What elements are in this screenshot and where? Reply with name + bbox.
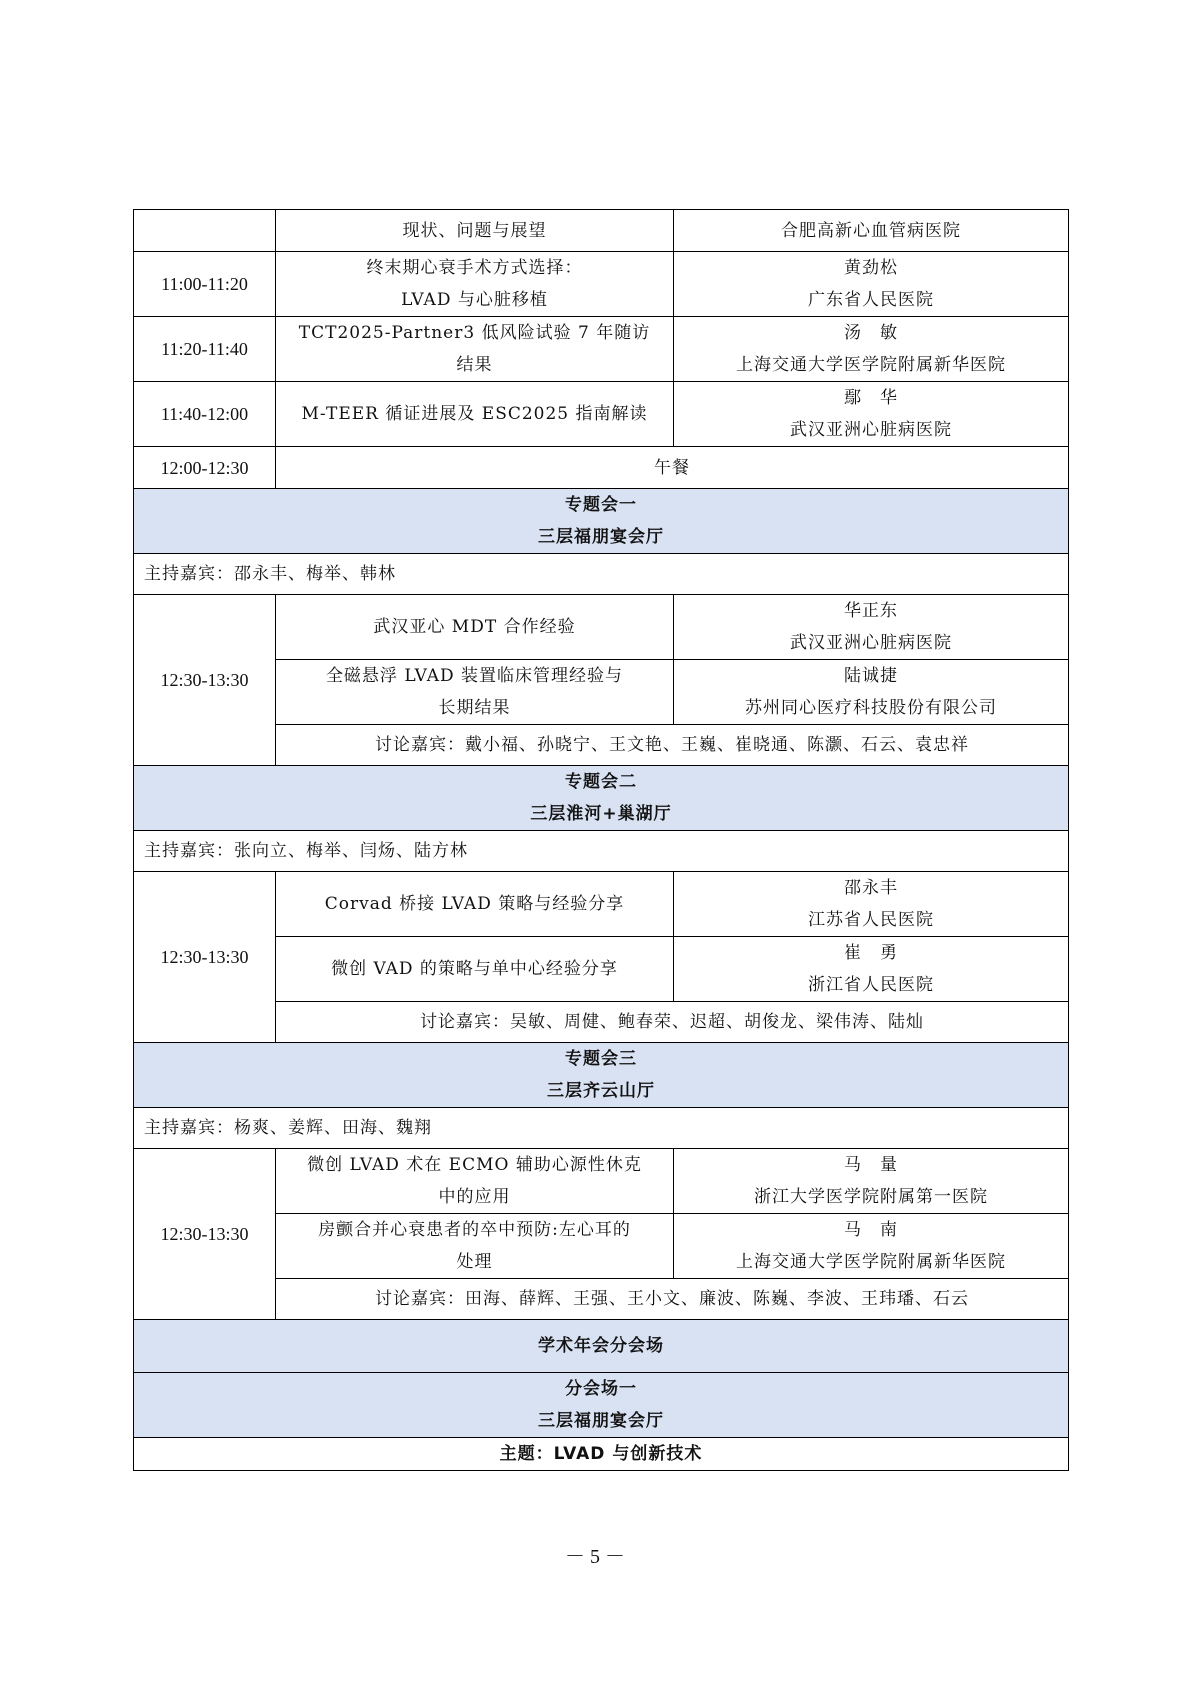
table-row: 11:20-11:40 TCT2025-Partner3 低风险试验 7 年随访… bbox=[134, 317, 1069, 382]
time-cell: 11:20-11:40 bbox=[134, 317, 276, 382]
table-row: 11:00-11:20 终末期心衰手术方式选择：LVAD 与心脏移植 黄劲松广东… bbox=[134, 252, 1069, 317]
talk-title: 房颤合并心衰患者的卒中预防:左心耳的处理 bbox=[276, 1214, 674, 1279]
session-header: 专题会一三层福朋宴会厅 bbox=[134, 489, 1069, 554]
speaker: 鄢 华武汉亚洲心脏病医院 bbox=[674, 382, 1069, 447]
speaker: 华正东武汉亚洲心脏病医院 bbox=[674, 595, 1069, 660]
branch-header: 分会场一三层福朋宴会厅 bbox=[134, 1373, 1069, 1438]
session-host: 主持嘉宾：张向立、梅举、闫炀、陆方林 bbox=[134, 831, 1069, 872]
talk-title: 微创 LVAD 术在 ECMO 辅助心源性休克中的应用 bbox=[276, 1149, 674, 1214]
branch-theme: 主题：LVAD 与创新技术 bbox=[134, 1438, 1069, 1471]
time-cell: 11:00-11:20 bbox=[134, 252, 276, 317]
talk-title: TCT2025-Partner3 低风险试验 7 年随访结果 bbox=[276, 317, 674, 382]
branch-title: 学术年会分会场 bbox=[134, 1320, 1069, 1373]
speaker: 邵永丰江苏省人民医院 bbox=[674, 872, 1069, 937]
speaker: 陆诚捷苏州同心医疗科技股份有限公司 bbox=[674, 660, 1069, 725]
discussion-guests: 讨论嘉宾：吴敏、周健、鲍春荣、迟超、胡俊龙、梁伟涛、陆灿 bbox=[276, 1002, 1069, 1043]
time-cell: 12:00-12:30 bbox=[134, 447, 276, 489]
talk-title: 武汉亚心 MDT 合作经验 bbox=[276, 595, 674, 660]
table-row: 12:00-12:30 午餐 bbox=[134, 447, 1069, 489]
talk-title: Corvad 桥接 LVAD 策略与经验分享 bbox=[276, 872, 674, 937]
time-cell: 12:30-13:30 bbox=[134, 595, 276, 766]
table-row: 现状、问题与展望 合肥高新心血管病医院 bbox=[134, 210, 1069, 252]
speaker: 黄劲松广东省人民医院 bbox=[674, 252, 1069, 317]
table-row: 11:40-12:00 M-TEER 循证进展及 ESC2025 指南解读 鄢 … bbox=[134, 382, 1069, 447]
talk-title: 全磁悬浮 LVAD 装置临床管理经验与长期结果 bbox=[276, 660, 674, 725]
session-host: 主持嘉宾：邵永丰、梅举、韩林 bbox=[134, 554, 1069, 595]
speaker: 汤 敏上海交通大学医学院附属新华医院 bbox=[674, 317, 1069, 382]
speaker-org: 合肥高新心血管病医院 bbox=[674, 210, 1069, 252]
discussion-guests: 讨论嘉宾：田海、薛辉、王强、王小文、廉波、陈巍、李波、王玮璠、石云 bbox=[276, 1279, 1069, 1320]
talk-title: 现状、问题与展望 bbox=[276, 210, 674, 252]
schedule-table: 现状、问题与展望 合肥高新心血管病医院 11:00-11:20 终末期心衰手术方… bbox=[133, 209, 1069, 1471]
time-cell: 11:40-12:00 bbox=[134, 382, 276, 447]
talk-title: 微创 VAD 的策略与单中心经验分享 bbox=[276, 937, 674, 1002]
time-cell: 12:30-13:30 bbox=[134, 1149, 276, 1320]
discussion-guests: 讨论嘉宾：戴小福、孙晓宁、王文艳、王巍、崔晓通、陈灏、石云、袁忠祥 bbox=[276, 725, 1069, 766]
session-header: 专题会三三层齐云山厅 bbox=[134, 1043, 1069, 1108]
time-cell bbox=[134, 210, 276, 252]
lunch-cell: 午餐 bbox=[276, 447, 1069, 489]
speaker: 马 南上海交通大学医学院附属新华医院 bbox=[674, 1214, 1069, 1279]
talk-title: 终末期心衰手术方式选择：LVAD 与心脏移植 bbox=[276, 252, 674, 317]
speaker: 崔 勇浙江省人民医院 bbox=[674, 937, 1069, 1002]
session-header: 专题会二三层淮河+巢湖厅 bbox=[134, 766, 1069, 831]
page-number: － 5 － bbox=[0, 1540, 1190, 1569]
time-cell: 12:30-13:30 bbox=[134, 872, 276, 1043]
session-host: 主持嘉宾：杨爽、姜辉、田海、魏翔 bbox=[134, 1108, 1069, 1149]
talk-title: M-TEER 循证进展及 ESC2025 指南解读 bbox=[276, 382, 674, 447]
speaker: 马 量浙江大学医学院附属第一医院 bbox=[674, 1149, 1069, 1214]
